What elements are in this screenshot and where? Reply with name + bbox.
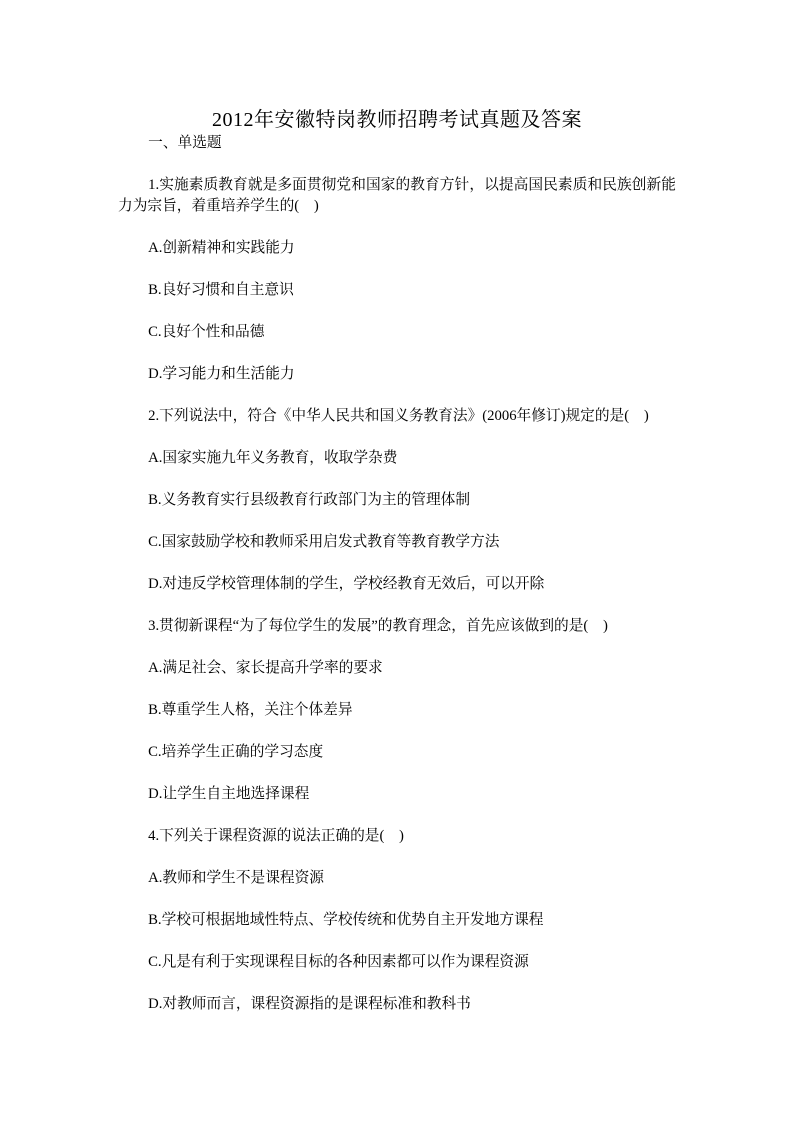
question-3-option-d: D.让学生自主地选择课程 bbox=[118, 784, 676, 805]
question-2-option-b: B.义务教育实行县级教育行政部门为主的管理体制 bbox=[118, 490, 676, 511]
question-1-option-d: D.学习能力和生活能力 bbox=[118, 364, 676, 385]
page-title: 2012年安徽特岗教师招聘考试真题及答案 bbox=[118, 107, 676, 133]
question-4-option-a: A.教师和学生不是课程资源 bbox=[118, 868, 676, 889]
question-1-option-b: B.良好习惯和自主意识 bbox=[118, 280, 676, 301]
question-3-option-a: A.满足社会、家长提高升学率的要求 bbox=[118, 658, 676, 679]
question-2-option-a: A.国家实施九年义务教育，收取学杂费 bbox=[118, 448, 676, 469]
question-3-stem: 3.贯彻新课程“为了每位学生的发展”的教育理念，首先应该做到的是( ) bbox=[118, 616, 676, 637]
question-4-option-b: B.学校可根据地域性特点、学校传统和优势自主开发地方课程 bbox=[118, 910, 676, 931]
question-4-option-c: C.凡是有利于实现课程目标的各种因素都可以作为课程资源 bbox=[118, 952, 676, 973]
question-3-option-b: B.尊重学生人格，关注个体差异 bbox=[118, 700, 676, 721]
document-page: 2012年安徽特岗教师招聘考试真题及答案 一、单选题 1.实施素质教育就是多面贯… bbox=[0, 0, 794, 1123]
question-2-option-c: C.国家鼓励学校和教师采用启发式教育等教育教学方法 bbox=[118, 532, 676, 553]
question-3-option-c: C.培养学生正确的学习态度 bbox=[118, 742, 676, 763]
section-heading: 一、单选题 bbox=[118, 133, 676, 154]
question-4-stem: 4.下列关于课程资源的说法正确的是( ) bbox=[118, 826, 676, 847]
question-2-stem: 2.下列说法中，符合《中华人民共和国义务教育法》(2006年修订)规定的是( ) bbox=[118, 406, 676, 427]
question-1-option-a: A.创新精神和实践能力 bbox=[118, 238, 676, 259]
question-1-option-c: C.良好个性和品德 bbox=[118, 322, 676, 343]
question-4-option-d: D.对教师而言，课程资源指的是课程标准和教科书 bbox=[118, 994, 676, 1015]
question-1-stem: 1.实施素质教育就是多面贯彻党和国家的教育方针，以提高国民素质和民族创新能力为宗… bbox=[118, 175, 676, 217]
question-2-option-d: D.对违反学校管理体制的学生，学校经教育无效后，可以开除 bbox=[118, 574, 676, 595]
